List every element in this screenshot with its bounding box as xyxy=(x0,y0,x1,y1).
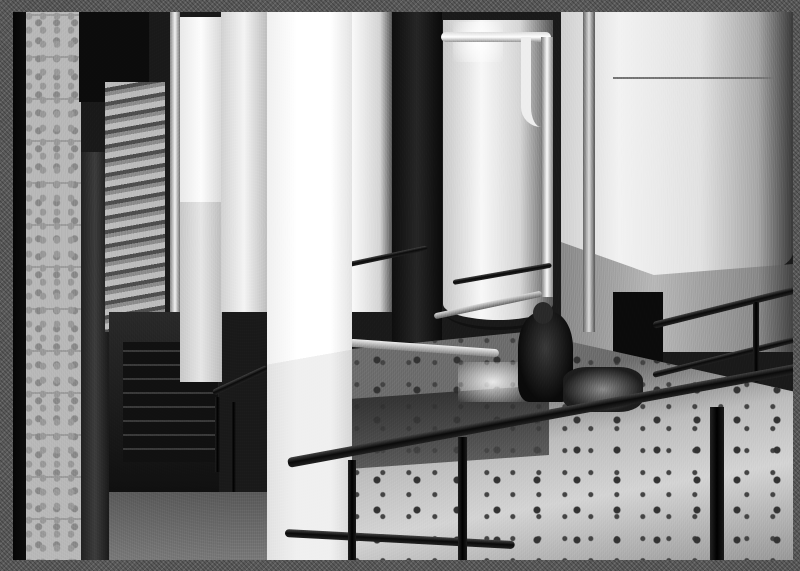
railing-post-1 xyxy=(348,460,356,560)
vertical-pipe-3 xyxy=(583,12,595,332)
photo-border xyxy=(0,0,800,571)
tank-gap-shadow xyxy=(392,12,442,342)
storage-tank-2 xyxy=(352,12,392,312)
photograph xyxy=(13,12,793,560)
column-base xyxy=(180,202,222,382)
column-shadow xyxy=(267,312,352,560)
stone-wall xyxy=(26,12,81,560)
tank-seam xyxy=(613,77,773,79)
light-reflection xyxy=(453,22,503,62)
storage-tank-large xyxy=(561,12,793,282)
railing-post-3 xyxy=(710,407,724,560)
vertical-pipe xyxy=(170,12,180,312)
railing-post-2 xyxy=(458,437,467,560)
lower-floor xyxy=(109,492,267,560)
stair-post-2 xyxy=(231,402,236,492)
support-column-narrow xyxy=(180,17,222,217)
worker-head xyxy=(533,302,553,324)
background-machinery xyxy=(105,82,165,332)
vertical-pipe-2 xyxy=(541,37,553,297)
stair-post-1 xyxy=(215,397,220,472)
